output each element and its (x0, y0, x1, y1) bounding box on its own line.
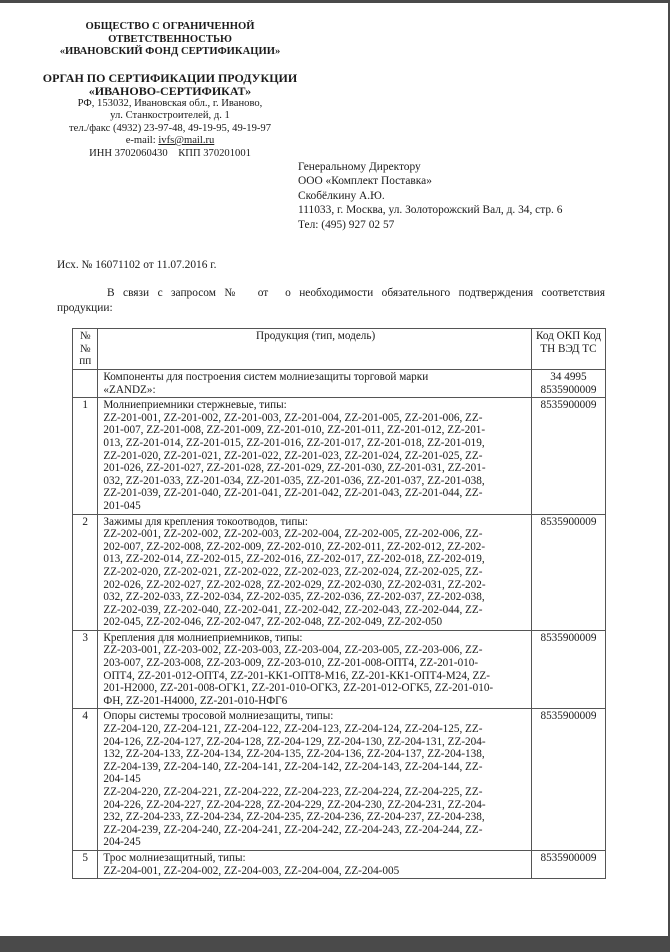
group-code-okp: 34 4995 (533, 371, 604, 384)
table-group-row: Компоненты для построения систем молниез… (73, 370, 606, 398)
table-row: 2 Зажимы для крепления токоотводов, типы… (73, 514, 606, 630)
sender-address-line2: ул. Станкостроителей, д. 1 (20, 110, 320, 123)
row-code: 8535900009 (531, 850, 605, 878)
addressee-phone: Тел: (495) 927 02 57 (298, 218, 658, 232)
table-row: 3 Крепления для молниеприемников, типы: … (73, 630, 606, 709)
addressee-company: ООО «Комплект Поставка» (298, 174, 658, 188)
table-header-row: № № пп Продукция (тип, модель) Код ОКП К… (73, 329, 606, 370)
certification-body-line1: ОРГАН ПО СЕРТИФИКАЦИИ ПРОДУКЦИИ (20, 72, 320, 85)
row-title: Опоры системы тросовой молниезащиты, тип… (103, 710, 527, 723)
row-num: 1 (73, 398, 98, 514)
header-product: Продукция (тип, модель) (98, 329, 531, 370)
sender-phones: тел./факс (4932) 23-97-48, 49-19-95, 49-… (20, 123, 320, 136)
row-product: Молниеприемники стержневые, типы: ZZ-201… (98, 398, 531, 514)
intro-line2: продукции: (57, 302, 113, 314)
company-name-line3: «ИВАНОВСКИЙ ФОНД СЕРТИФИКАЦИИ» (20, 46, 320, 59)
row-models-2: ZZ-204-220, ZZ-204-221, ZZ-204-222, ZZ-2… (103, 786, 527, 849)
certification-body-line2: «ИВАНОВО-СЕРТИФИКАТ» (20, 85, 320, 98)
company-name-line1: ОБЩЕСТВО С ОГРАНИЧЕННОЙ (20, 21, 320, 34)
email-link[interactable]: ivfs@mail.ru (158, 135, 214, 146)
row-models: ZZ-204-001, ZZ-204-002, ZZ-204-003, ZZ-2… (103, 865, 527, 878)
table-row: 4 Опоры системы тросовой молниезащиты, т… (73, 709, 606, 851)
row-code: 8535900009 (531, 398, 605, 514)
row-models: ZZ-204-120, ZZ-204-121, ZZ-204-122, ZZ-2… (103, 723, 527, 786)
addressee-position: Генеральному Директору (298, 160, 658, 174)
row-title: Крепления для молниеприемников, типы: (103, 632, 527, 645)
email-label: e-mail: (126, 135, 159, 146)
row-title: Молниеприемники стержневые, типы: (103, 399, 527, 412)
row-models: ZZ-202-001, ZZ-202-002, ZZ-202-003, ZZ-2… (103, 528, 527, 629)
row-models: ZZ-203-001, ZZ-203-002, ZZ-203-003, ZZ-2… (103, 644, 527, 707)
table-row: 5 Трос молниезащитный, типы: ZZ-204-001,… (73, 850, 606, 878)
row-num: 3 (73, 630, 98, 709)
row-code: 8535900009 (531, 630, 605, 709)
group-code-tnved: 8535900009 (533, 384, 604, 397)
intro-line1: В связи с запросом № от о необходимости … (57, 286, 605, 301)
addressee-address: 111033, г. Москва, ул. Золоторожский Вал… (298, 203, 658, 217)
row-product: Опоры системы тросовой молниезащиты, тип… (98, 709, 531, 851)
row-product: Крепления для молниеприемников, типы: ZZ… (98, 630, 531, 709)
sender-email-line: e-mail: ivfs@mail.ru (20, 135, 320, 148)
row-num: 2 (73, 514, 98, 630)
row-product: Трос молниезащитный, типы: ZZ-204-001, Z… (98, 850, 531, 878)
row-product: Зажимы для крепления токоотводов, типы: … (98, 514, 531, 630)
intro-paragraph: В связи с запросом № от о необходимости … (57, 286, 605, 316)
row-num: 4 (73, 709, 98, 851)
header-num: № № пп (73, 329, 98, 370)
addressee-name: Скобёлкину А.Ю. (298, 189, 658, 203)
row-title: Зажимы для крепления токоотводов, типы: (103, 516, 527, 529)
sender-inn-kpp: ИНН 3702060430 КПП 370201001 (20, 148, 320, 161)
row-models: ZZ-201-001, ZZ-201-002, ZZ-201-003, ZZ-2… (103, 412, 527, 513)
row-title: Трос молниезащитный, типы: (103, 852, 527, 865)
sender-letterhead: ОБЩЕСТВО С ОГРАНИЧЕННОЙ ОТВЕТСТВЕННОСТЬЮ… (20, 21, 320, 160)
viewer-bottom-border (0, 936, 670, 952)
row-code: 8535900009 (531, 709, 605, 851)
row-code: 8535900009 (531, 514, 605, 630)
products-table: № № пп Продукция (тип, модель) Код ОКП К… (72, 328, 606, 879)
table-row: 1 Молниеприемники стержневые, типы: ZZ-2… (73, 398, 606, 514)
sender-address-line1: РФ, 153032, Ивановская обл., г. Иваново, (20, 98, 320, 111)
group-title: Компоненты для построения систем молниез… (98, 370, 531, 398)
header-code: Код ОКП Код ТН ВЭД ТС (531, 329, 605, 370)
document-page: ОБЩЕСТВО С ОГРАНИЧЕННОЙ ОТВЕТСТВЕННОСТЬЮ… (0, 3, 668, 936)
addressee-block: Генеральному Директору ООО «Комплект Пос… (298, 160, 658, 232)
row-num: 5 (73, 850, 98, 878)
outgoing-number: Исх. № 16071102 от 11.07.2016 г. (57, 259, 217, 271)
company-name-line2: ОТВЕТСТВЕННОСТЬЮ (20, 34, 320, 47)
group-codes: 34 4995 8535900009 (531, 370, 605, 398)
